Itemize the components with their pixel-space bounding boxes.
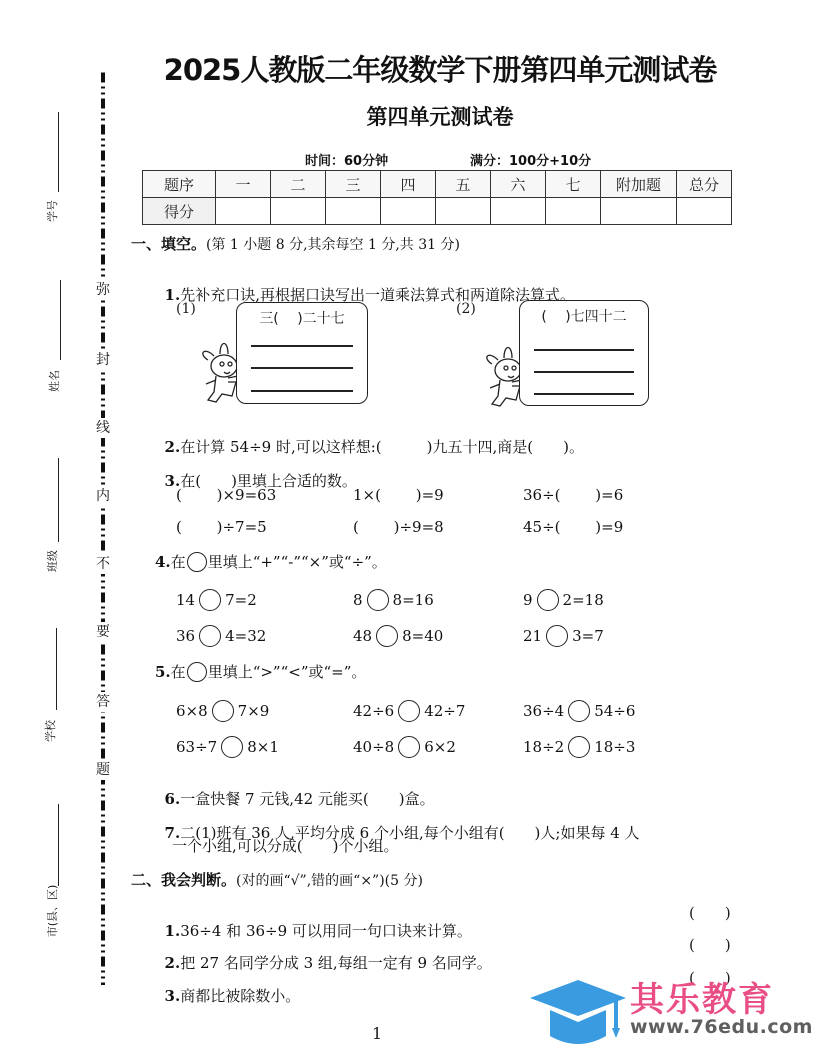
part-2-label: (2) [456,301,476,317]
class-label: 班级 [46,536,60,586]
page-title: 2025人教版二年级数学下册第四单元测试卷 [130,48,750,89]
section-1-title: 一、填空。(第 1 小题 8 分,其余每空 1 分,共 31 分) [131,233,460,254]
seal-char: 答 [94,692,112,712]
circle-icon [187,552,207,572]
answer-line[interactable] [251,367,353,369]
answer-line[interactable] [534,393,634,395]
question-number: 4. [155,553,171,571]
student-id-label: 学号 [46,186,60,236]
seal-char: 题 [94,760,112,780]
part-1-label: (1) [176,301,196,317]
answer-circle[interactable] [376,625,398,647]
operator-item: 88=16 [353,589,434,611]
answer-circle[interactable] [398,700,420,722]
header-cell: 附加题 [601,171,677,198]
section-2-title: 二、我会判断。(对的画“√”,错的画“×”)(5 分) [131,869,423,890]
student-id-line[interactable] [58,112,59,192]
section-1-note: (第 1 小题 8 分,其余每空 1 分,共 31 分) [206,237,460,253]
seal-char: 线 [94,418,112,438]
answer-circle[interactable] [568,700,590,722]
question-text: 先补充口诀,再根据口诀写出一道乘法算式和两道除法算式。 [180,286,575,304]
question-number: 3. [165,987,181,1005]
district-line[interactable] [58,804,59,886]
score-cell[interactable] [677,198,732,225]
answer-circle[interactable] [568,736,590,758]
question-text: 里填上“>”“<”或“=”。 [208,661,367,682]
fill-item[interactable]: ( )÷7=5 [176,516,267,537]
judge-answer-box[interactable]: ( ) [689,934,731,955]
graduation-cap-icon [528,976,628,1050]
name-line[interactable] [60,280,61,360]
school-label: 学校 [44,706,58,756]
question-1-4: 4.在里填上“+”“-”“×”或“÷”。 [155,551,387,572]
watermark-logo: 其乐教育 www.76edu.com [528,972,816,1052]
answer-circle[interactable] [546,625,568,647]
compare-item: 63÷78×1 [176,736,279,758]
mnemonic-box-1: 三( )二十七 [236,302,368,404]
score-table: 题序 一 二 三 四 五 六 七 附加题 总分 得分 [142,170,732,225]
score-cell[interactable] [381,198,436,225]
compare-item: 6×87×9 [176,700,269,722]
answer-line[interactable] [251,345,353,347]
answer-line[interactable] [251,390,353,392]
seal-dashed-line [101,70,105,985]
question-1-1: 1.先补充口诀,再根据口诀写出一道乘法算式和两道除法算式。 [155,266,575,305]
fill-item[interactable]: ( )×9=63 [176,484,276,505]
question-text: 在 [171,661,186,682]
compare-item: 18÷218÷3 [523,736,635,758]
header-cell: 一 [216,171,271,198]
score-cell[interactable] [326,198,381,225]
header-cell: 总分 [677,171,732,198]
question-1-5: 5.在里填上“>”“<”或“=”。 [155,661,366,682]
operator-item: 147=2 [176,589,257,611]
score-row-label: 得分 [143,198,216,225]
seal-char: 内 [94,486,112,506]
score-cell[interactable] [436,198,491,225]
operator-item: 364=32 [176,625,266,647]
fill-item[interactable]: 1×( )=9 [353,484,444,505]
fill-item[interactable]: ( )÷9=8 [353,516,444,537]
seal-char: 不 [94,554,112,574]
score-table-header-row: 题序 一 二 三 四 五 六 七 附加题 总分 [143,171,732,198]
header-cell: 二 [271,171,326,198]
fill-item[interactable]: 36÷( )=6 [523,484,623,505]
section-1-heading: 一、填空。 [131,235,206,253]
section-2-note: (对的画“√”,错的画“×”)(5 分) [236,873,423,889]
circle-icon [187,662,207,682]
score-cell[interactable] [491,198,546,225]
question-text: 在 [171,551,186,572]
answer-circle[interactable] [199,625,221,647]
watermark-url: www.76edu.com [630,1016,813,1038]
header-cell: 六 [491,171,546,198]
compare-item: 42÷642÷7 [353,700,465,722]
mnemonic-text: ( )七四十二 [520,306,648,326]
compare-item: 36÷454÷6 [523,700,635,722]
answer-circle[interactable] [221,736,243,758]
answer-line[interactable] [534,349,634,351]
judge-answer-box[interactable]: ( ) [689,902,731,923]
question-text: 里填上“+”“-”“×”或“÷”。 [208,551,387,572]
answer-circle[interactable] [537,589,559,611]
page-subtitle: 第四单元测试卷 [130,101,750,131]
header-cell: 题序 [143,171,216,198]
seal-char: 封 [94,350,112,370]
answer-circle[interactable] [212,700,234,722]
question-text: 商都比被除数小。 [180,987,300,1005]
header-cell: 三 [326,171,381,198]
answer-line[interactable] [534,371,634,373]
answer-circle[interactable] [398,736,420,758]
answer-circle[interactable] [367,589,389,611]
name-label: 姓名 [48,356,62,406]
fill-item[interactable]: 45÷( )=9 [523,516,623,537]
header-cell: 五 [436,171,491,198]
judge-item-3: 3.商都比被除数小。 [155,967,300,1006]
compare-item: 40÷86×2 [353,736,456,758]
mnemonic-text: 三( )二十七 [237,308,367,328]
operator-item: 92=18 [523,589,604,611]
header-cell: 七 [546,171,601,198]
answer-circle[interactable] [199,589,221,611]
school-line[interactable] [56,628,57,710]
district-label: 市(县、区) [46,881,60,941]
score-cell[interactable] [216,198,271,225]
seal-char: 弥 [94,280,112,300]
exam-time: 时间：60分钟 [305,150,388,169]
header-cell: 四 [381,171,436,198]
seal-char: 要 [94,622,112,642]
operator-item: 213=7 [523,625,604,647]
section-2-heading: 二、我会判断。 [131,871,236,889]
score-cell[interactable] [271,198,326,225]
class-line[interactable] [58,458,59,542]
operator-item: 488=40 [353,625,443,647]
full-score: 满分：100分+10分 [470,150,591,169]
watermark-brand: 其乐教育 [630,972,774,1021]
mnemonic-box-2: ( )七四十二 [519,300,649,406]
score-cell[interactable] [546,198,601,225]
score-table-score-row: 得分 [143,198,732,225]
page-number: 1 [372,1024,382,1043]
score-cell[interactable] [601,198,677,225]
question-1-7-cont: 一个小组,可以分成( )个小组。 [172,835,398,856]
question-number: 5. [155,663,171,681]
